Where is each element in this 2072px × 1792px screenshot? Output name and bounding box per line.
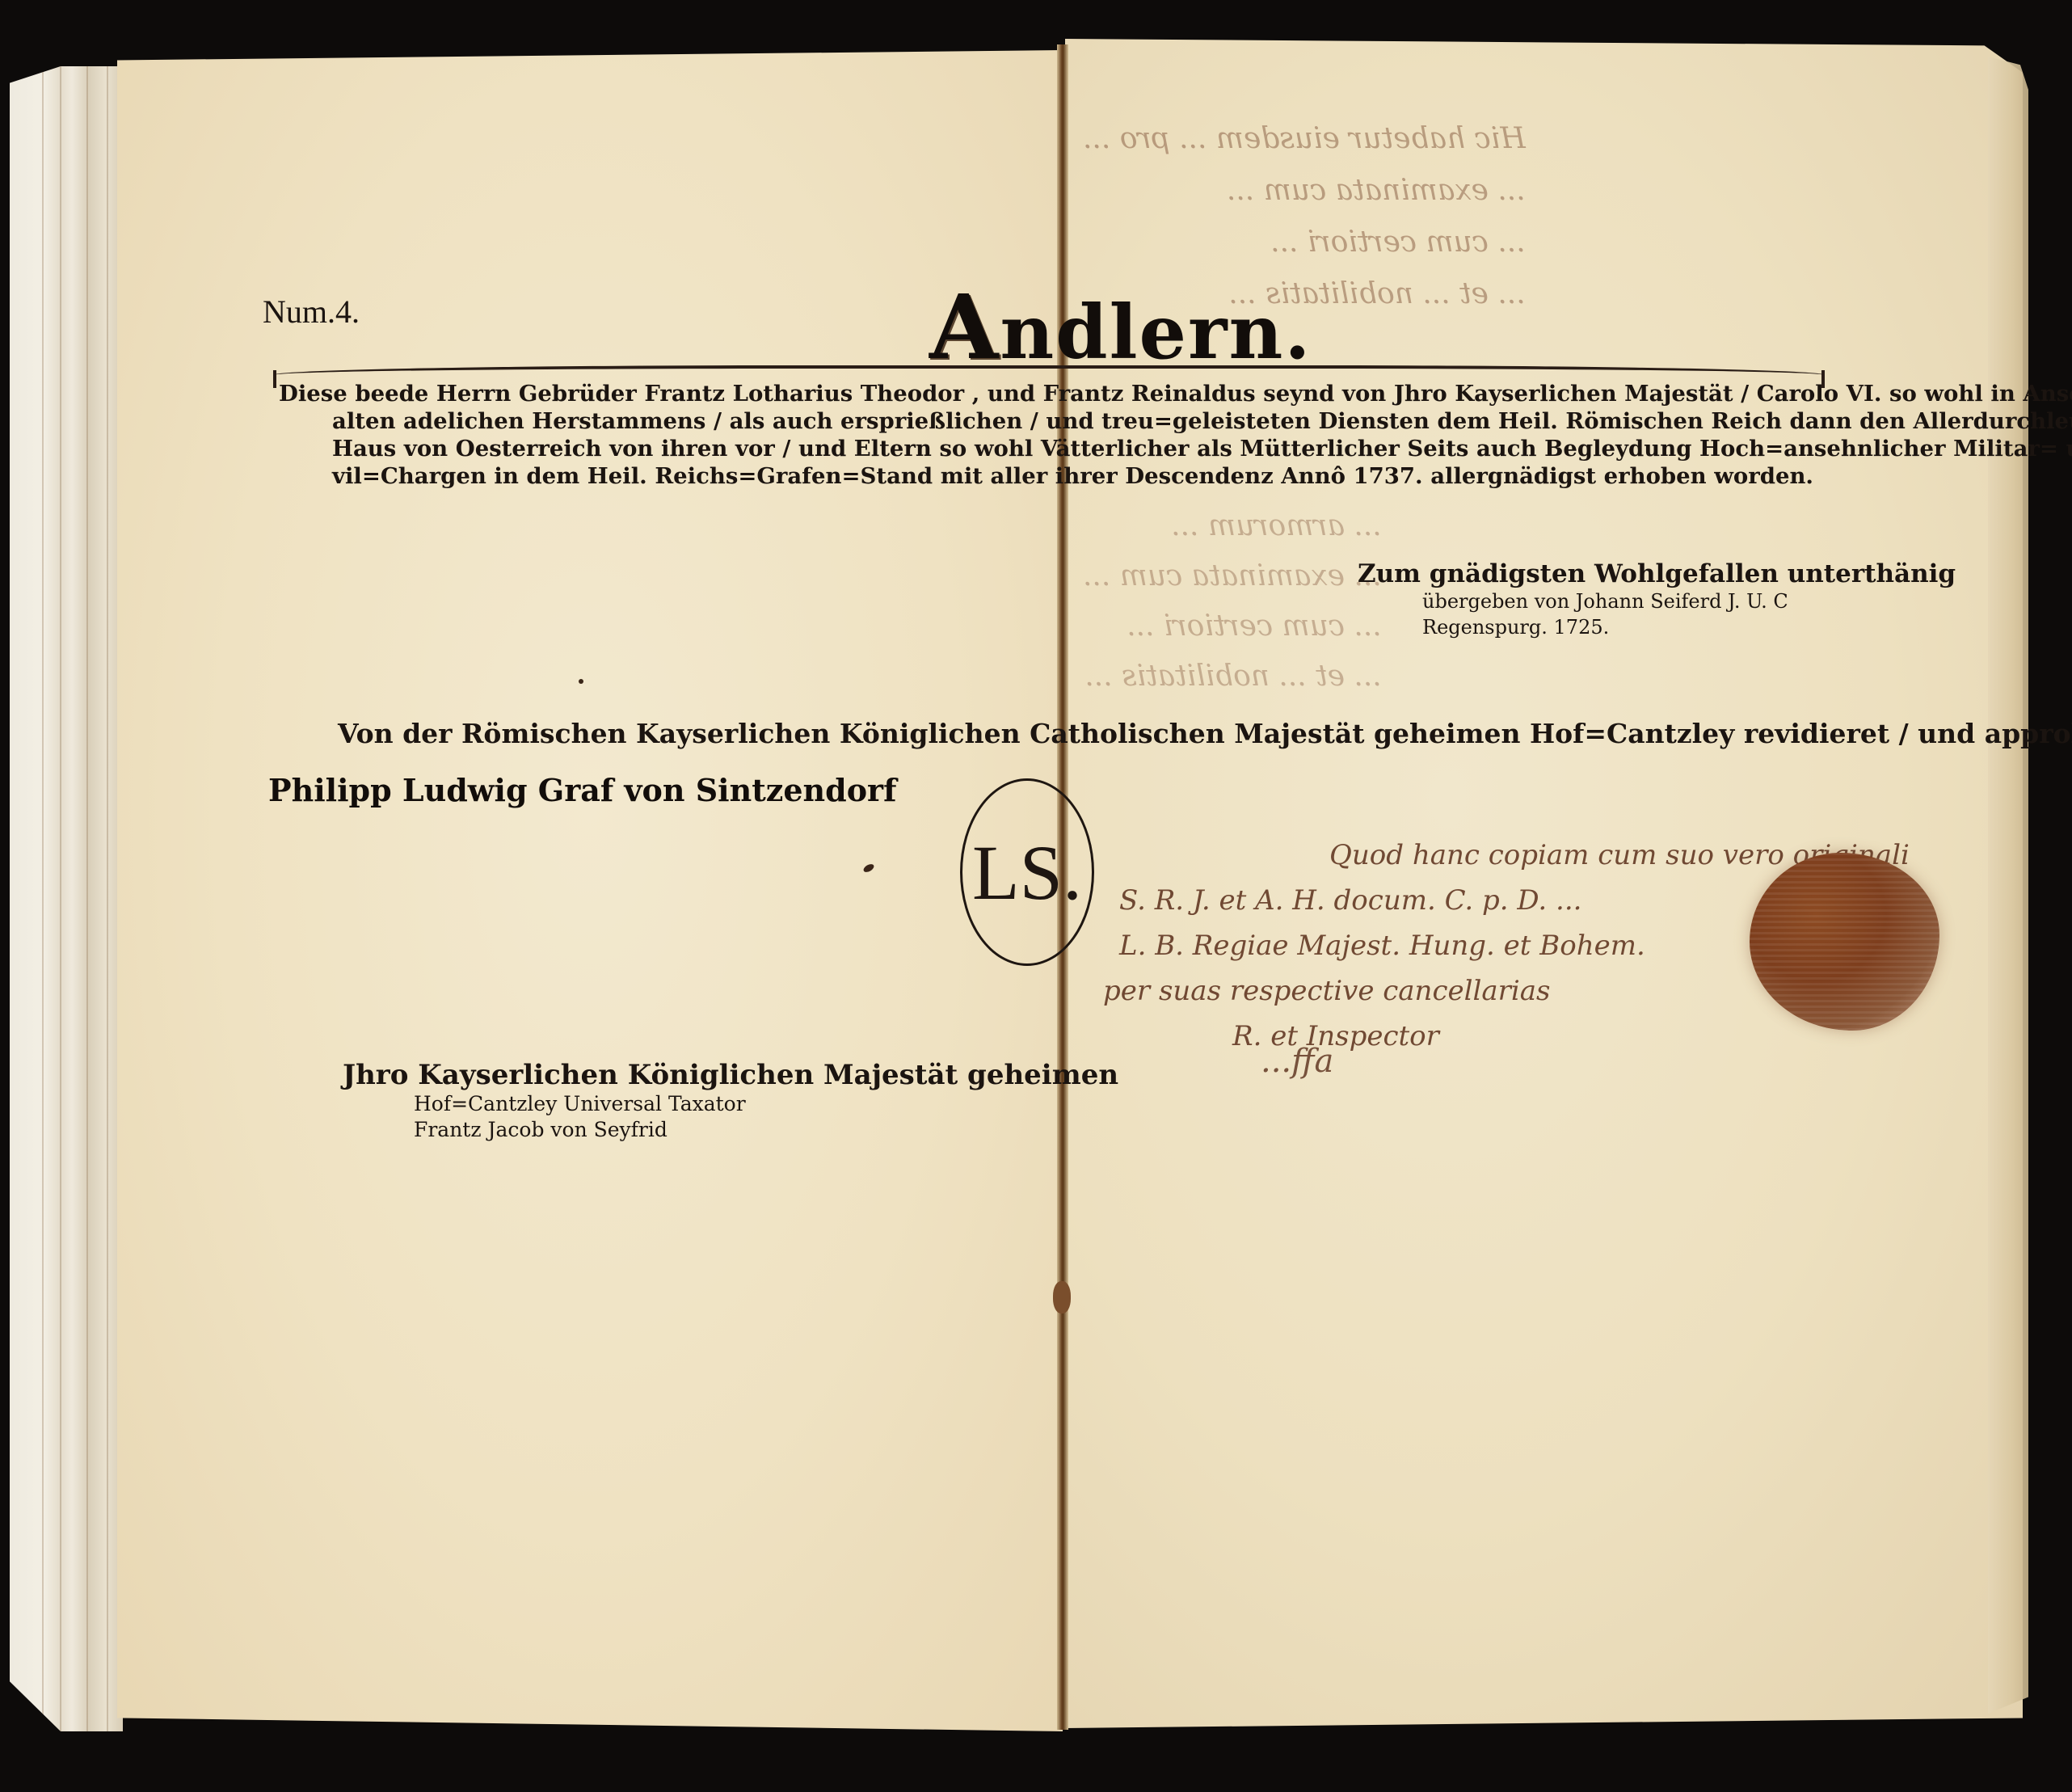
handwritten-signature: ...ffa [1261,1043,1333,1080]
ink-speck [579,679,583,684]
paragraph-line: Haus von Oesterreich von ihren vor / und… [279,435,1863,462]
taxator-line-3: Frantz Jacob von Seyfrid [343,1117,1118,1143]
dedication-line-3: Regenspurg. 1725. [1358,614,1956,640]
bleedthrough-line: ... armorum ... [1083,501,1382,551]
heading-rest: ndlern. [1000,289,1312,376]
bleedthrough-handwriting-lower: ... armorum ... ... examinata cum ... ..… [1083,501,1382,702]
locus-sigilli-seal: LS. [960,778,1094,966]
paragraph-line: Diese beede Herrn Gebrüder Frantz Lothar… [279,380,1863,407]
page-number-label: Num.4. [263,293,360,331]
bleedthrough-line: ... cum certiori ... [1083,217,1526,268]
taxator-block: Jhro Kayserlichen Königlichen Majestät g… [343,1059,1118,1143]
paragraph-line: alten adelichen Herstammens / als auch e… [279,407,1863,435]
binding-thread-knot [1053,1281,1071,1313]
ennoblement-paragraph: Diese beede Herrn Gebrüder Frantz Lothar… [279,380,1863,490]
family-heading: Andlern. [929,275,1312,379]
signer-name: Philipp Ludwig Graf von Sintzendorf [268,772,896,808]
bleedthrough-line: ... cum certiori ... [1083,601,1382,651]
dedication-line-2: übergeben von Johann Seiferd J. U. C [1358,588,1956,614]
handwritten-line: R. et Inspector [1087,1014,1910,1059]
left-page [117,50,1063,1731]
seal-text: LS. [972,828,1082,917]
bleedthrough-line: ... examinata cum ... [1083,165,1526,217]
decorated-initial: A [929,275,1000,379]
heading-rule [273,365,1825,375]
page-stack-edge [10,66,123,1731]
bleedthrough-line: Hic habetur eiusdem ... pro ... [1083,113,1526,165]
taxator-line-1: Jhro Kayserlichen Königlichen Majestät g… [343,1059,1118,1091]
bleedthrough-line: ... examinata cum ... [1083,551,1382,601]
dedication-line-1: Zum gnädigsten Wohlgefallen unterthänig [1358,559,1956,588]
open-book: Hic habetur eiusdem ... pro ... ... exam… [0,0,2072,1792]
paragraph-line: vil=Chargen in dem Heil. Reichs=Grafen=S… [279,462,1863,490]
rule-end-left [273,370,276,388]
dedication-block: Zum gnädigsten Wohlgefallen unterthänig … [1358,559,1956,640]
approval-line: Von der Römischen Kayserlichen Königlich… [338,718,2072,749]
bleedthrough-line: ... et ... nobilitatis ... [1083,651,1382,702]
taxator-line-2: Hof=Cantzley Universal Taxator [343,1091,1118,1117]
right-page-edge [1988,57,2028,1714]
